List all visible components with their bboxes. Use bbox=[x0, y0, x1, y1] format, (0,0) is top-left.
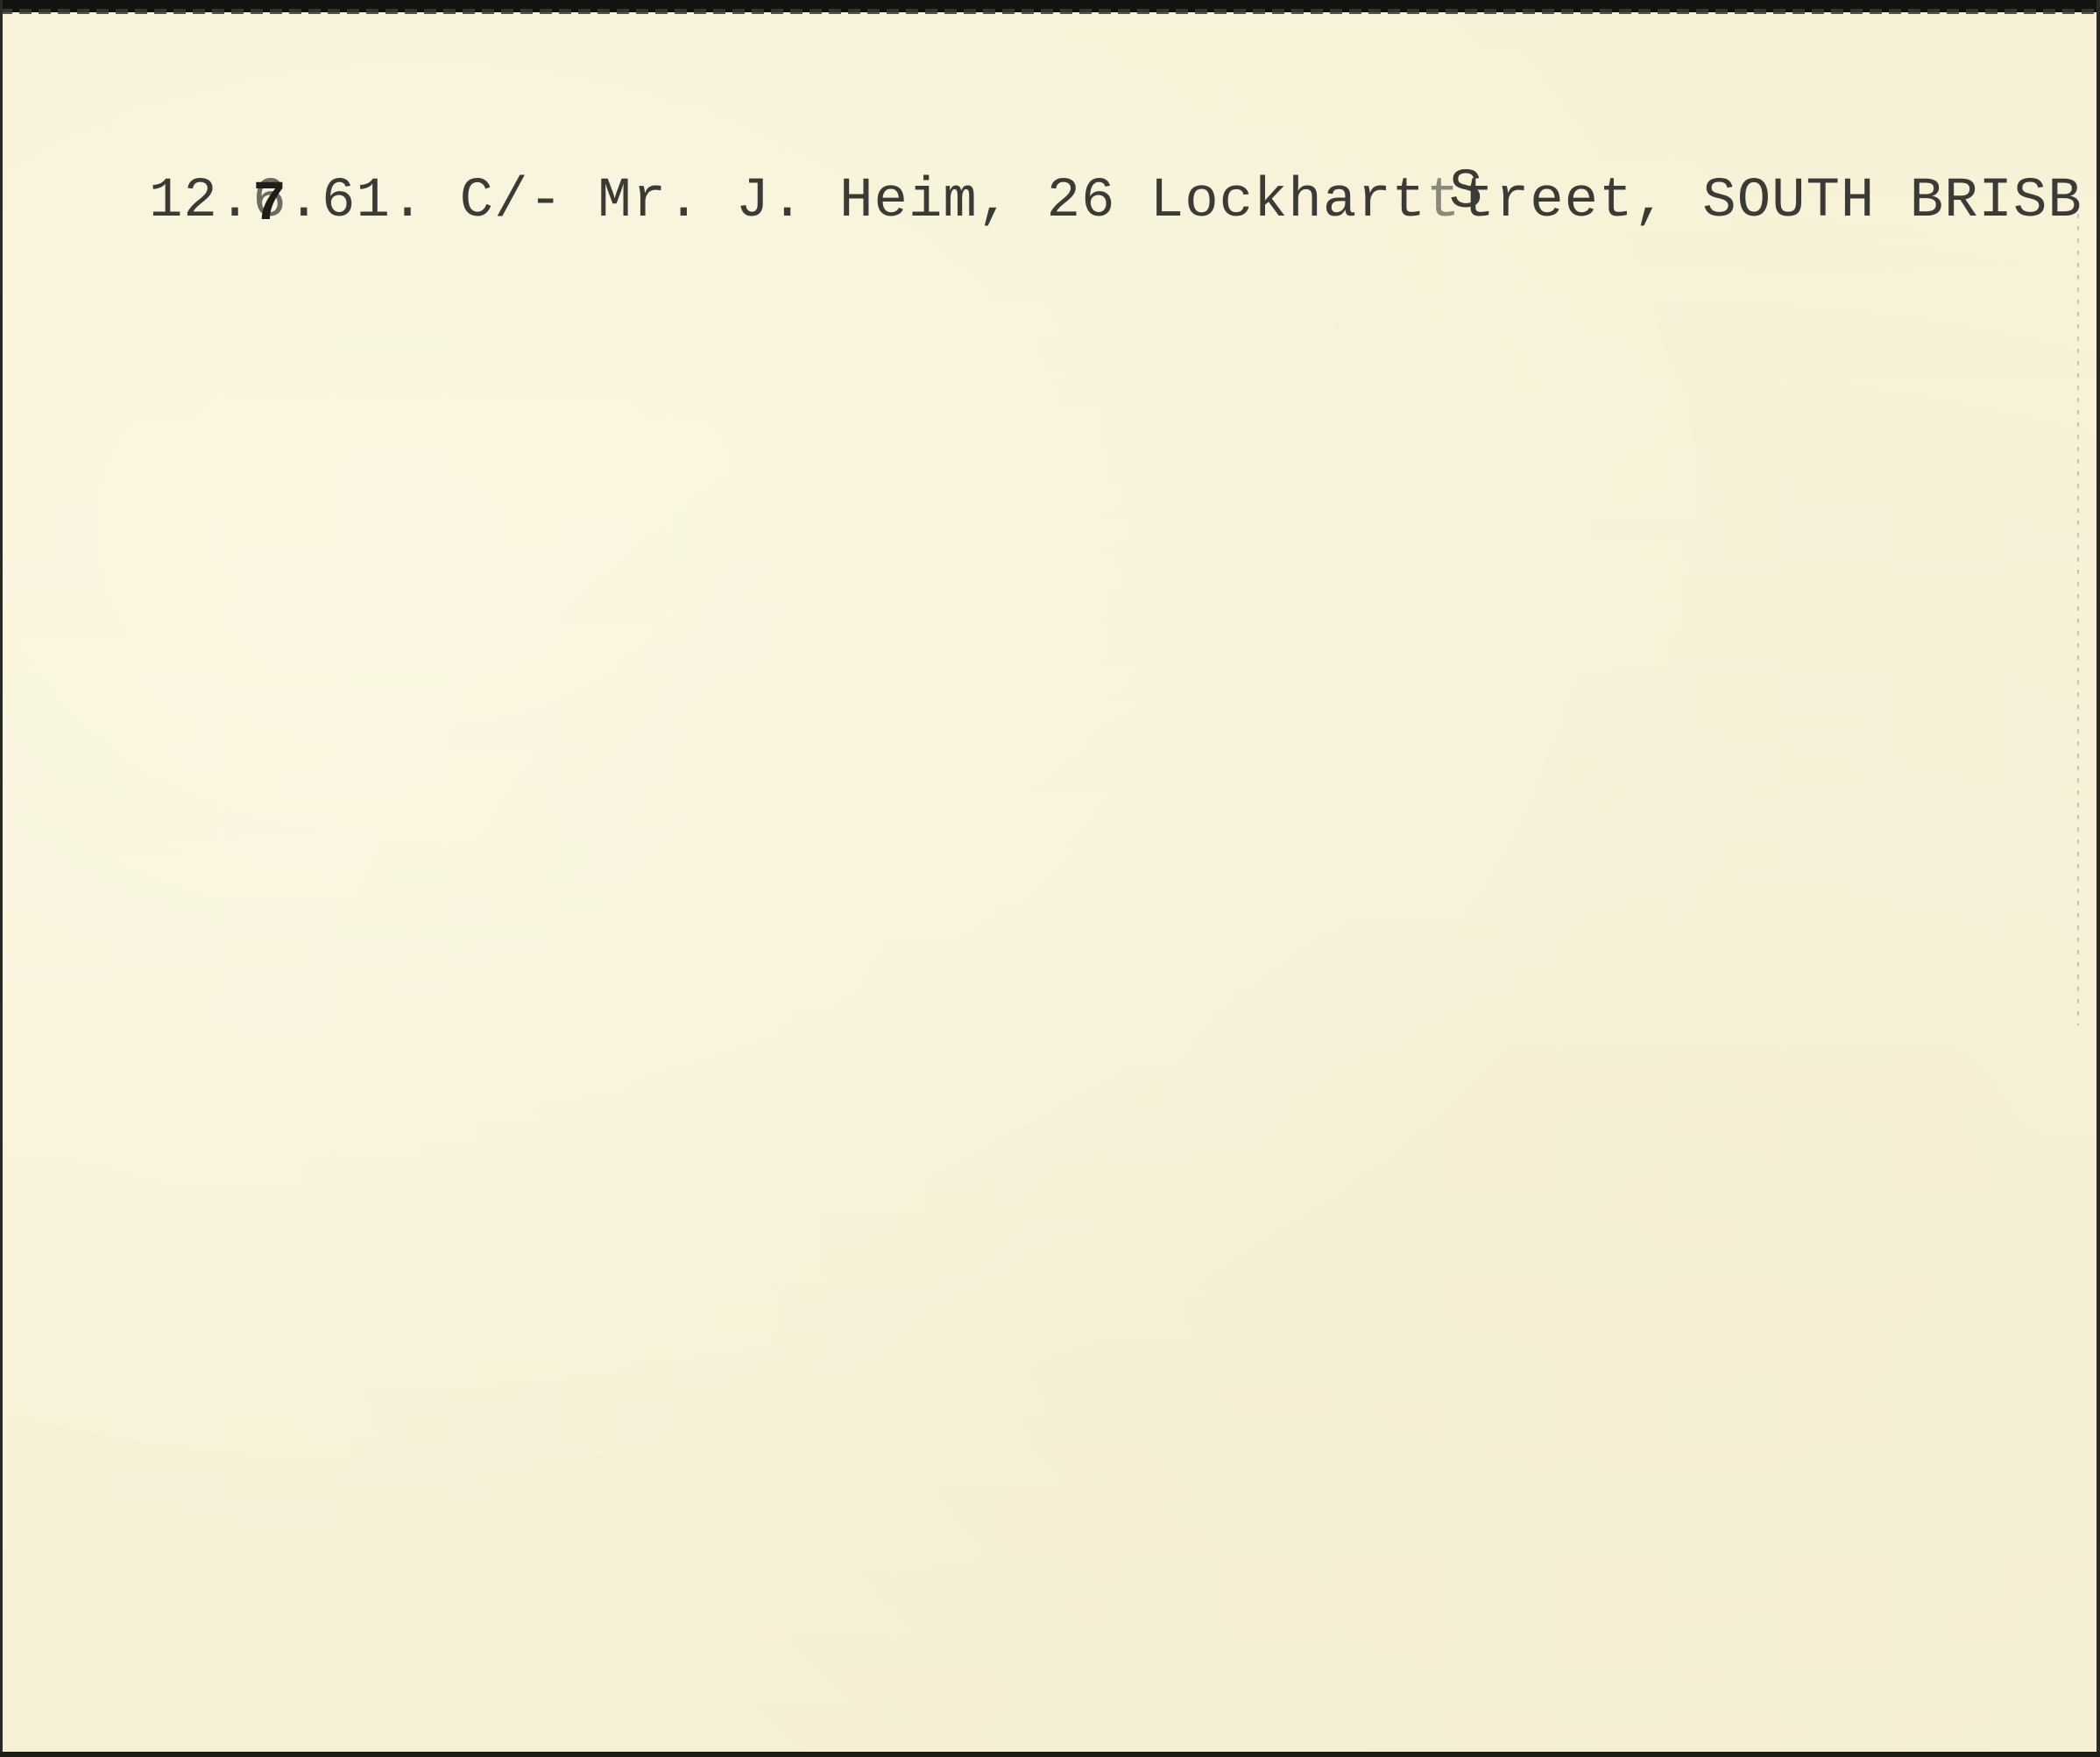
date-year: .61. bbox=[287, 170, 426, 233]
recipient-name: Mr. J. Heim, bbox=[597, 170, 1012, 233]
card-bottom-edge bbox=[0, 1752, 2100, 1757]
date-month-corrected: 7 bbox=[252, 170, 286, 240]
suburb-name: SOUTH BRISB bbox=[1702, 170, 2082, 233]
date-month-overstrike: 67 bbox=[252, 170, 286, 233]
index-card: 12.67.61. C/- Mr. J. Heim, 26 LockharttS… bbox=[0, 0, 2100, 1757]
perforated-edge bbox=[0, 9, 2100, 14]
street-name: Lockhart bbox=[1150, 170, 1426, 233]
typed-address-entry: 12.67.61. C/- Mr. J. Heim, 26 LockharttS… bbox=[149, 166, 2082, 237]
street-number: 26 bbox=[1047, 170, 1116, 233]
card-left-edge bbox=[0, 0, 3, 1757]
date-day: 12. bbox=[149, 170, 252, 233]
street-correction: tS bbox=[1426, 170, 1460, 233]
card-right-edge bbox=[2096, 0, 2100, 1757]
right-fold-line bbox=[2077, 202, 2079, 1025]
care-of-label: C/- bbox=[460, 170, 563, 233]
overstruck-letter: S bbox=[1449, 158, 1483, 228]
street-suffix: treet, bbox=[1460, 170, 1667, 233]
